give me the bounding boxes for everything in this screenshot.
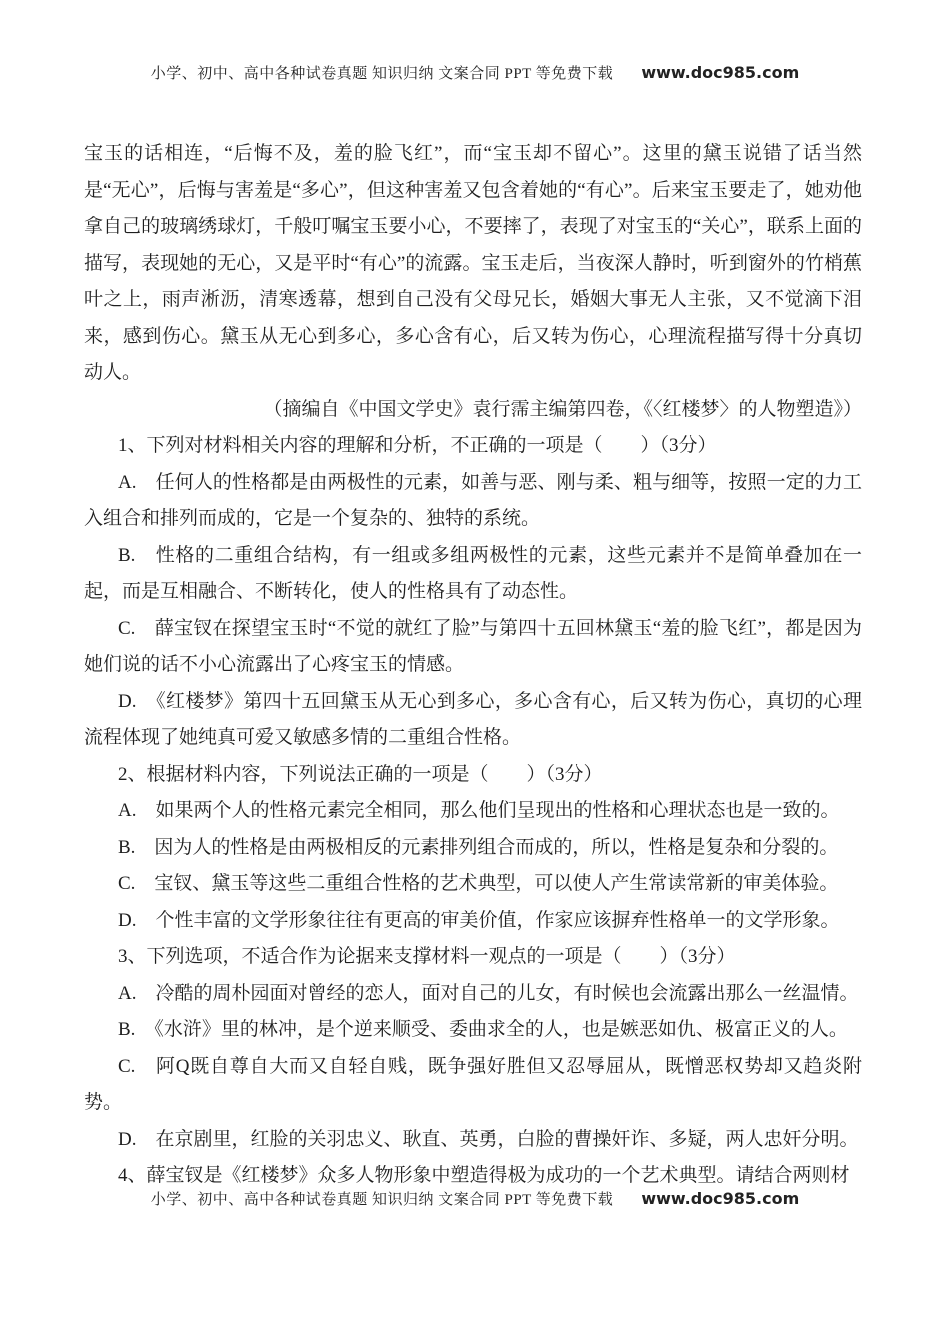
header-site-url: www.doc985.com <box>641 63 799 82</box>
document-body: 宝玉的话相连，“后悔不及，羞的脸飞红”，而“宝玉却不留心”。这里的黛玉说错了话当… <box>84 136 862 1195</box>
question-1-option-c: C. 薛宝钗在探望宝玉时“不觉的就红了脸”与第四十五回林黛玉“羞的脸飞红”，都是… <box>84 611 862 684</box>
question-1-option-d: D. 《红楼梦》第四十五回黛玉从无心到多心，多心含有心，后又转为伤心，真切的心理… <box>84 684 862 757</box>
question-2-stem: 2、根据材料内容，下列说法正确的一项是（ ）（3分） <box>84 757 862 794</box>
footer-site-url: www.doc985.com <box>641 1189 799 1208</box>
footer-promo-text: 小学、初中、高中各种试卷真题 知识归纳 文案合同 PPT 等免费下载 <box>151 1188 614 1209</box>
question-2-option-d: D. 个性丰富的文学形象往往有更高的审美价值，作家应该摒弃性格单一的文学形象。 <box>84 903 862 940</box>
question-2-option-c: C. 宝钗、黛玉等这些二重组合性格的艺术典型，可以使人产生常读常新的审美体验。 <box>84 866 862 903</box>
question-3-option-d: D. 在京剧里，红脸的关羽忠义、耿直、英勇，白脸的曹操奸诈、多疑，两人忠奸分明。 <box>84 1122 862 1159</box>
material-source-attribution: （摘编自《中国文学史》袁行霈主编第四卷，《〈红楼梦〉的人物塑造》） <box>84 392 862 429</box>
question-2-option-a: A. 如果两个人的性格元素完全相同，那么他们呈现出的性格和心理状态也是一致的。 <box>84 793 862 830</box>
question-1-stem: 1、下列对材料相关内容的理解和分析，不正确的一项是（ ）（3分） <box>84 428 862 465</box>
question-3-stem: 3、下列选项，不适合作为论据来支撑材料一观点的一项是（ ）（3分） <box>84 939 862 976</box>
page-header: 小学、初中、高中各种试卷真题 知识归纳 文案合同 PPT 等免费下载 www.d… <box>0 62 950 83</box>
exam-paper-page: 小学、初中、高中各种试卷真题 知识归纳 文案合同 PPT 等免费下载 www.d… <box>0 0 950 1344</box>
question-1-option-a: A. 任何人的性格都是由两极性的元素，如善与恶、刚与柔、粗与细等，按照一定的力工… <box>84 465 862 538</box>
question-3-option-c: C. 阿Q既自尊自大而又自轻自贱，既争强好胜但又忍辱屈从，既憎恶权势却又趋炎附势… <box>84 1049 862 1122</box>
question-3-option-a: A. 冷酷的周朴园面对曾经的恋人，面对自己的儿女，有时候也会流露出那么一丝温情。 <box>84 976 862 1013</box>
question-2-option-b: B. 因为人的性格是由两极相反的元素排列组合而成的，所以，性格是复杂和分裂的。 <box>84 830 862 867</box>
question-1-option-b: B. 性格的二重组合结构，有一组或多组两极性的元素，这些元素并不是简单叠加在一起… <box>84 538 862 611</box>
header-promo-text: 小学、初中、高中各种试卷真题 知识归纳 文案合同 PPT 等免费下载 <box>151 62 614 83</box>
question-3-option-b: B. 《水浒》里的林冲，是个逆来顺受、委曲求全的人，也是嫉恶如仇、极富正义的人。 <box>84 1012 862 1049</box>
page-footer: 小学、初中、高中各种试卷真题 知识归纳 文案合同 PPT 等免费下载 www.d… <box>0 1188 950 1209</box>
material-body-paragraph: 宝玉的话相连，“后悔不及，羞的脸飞红”，而“宝玉却不留心”。这里的黛玉说错了话当… <box>84 136 862 392</box>
